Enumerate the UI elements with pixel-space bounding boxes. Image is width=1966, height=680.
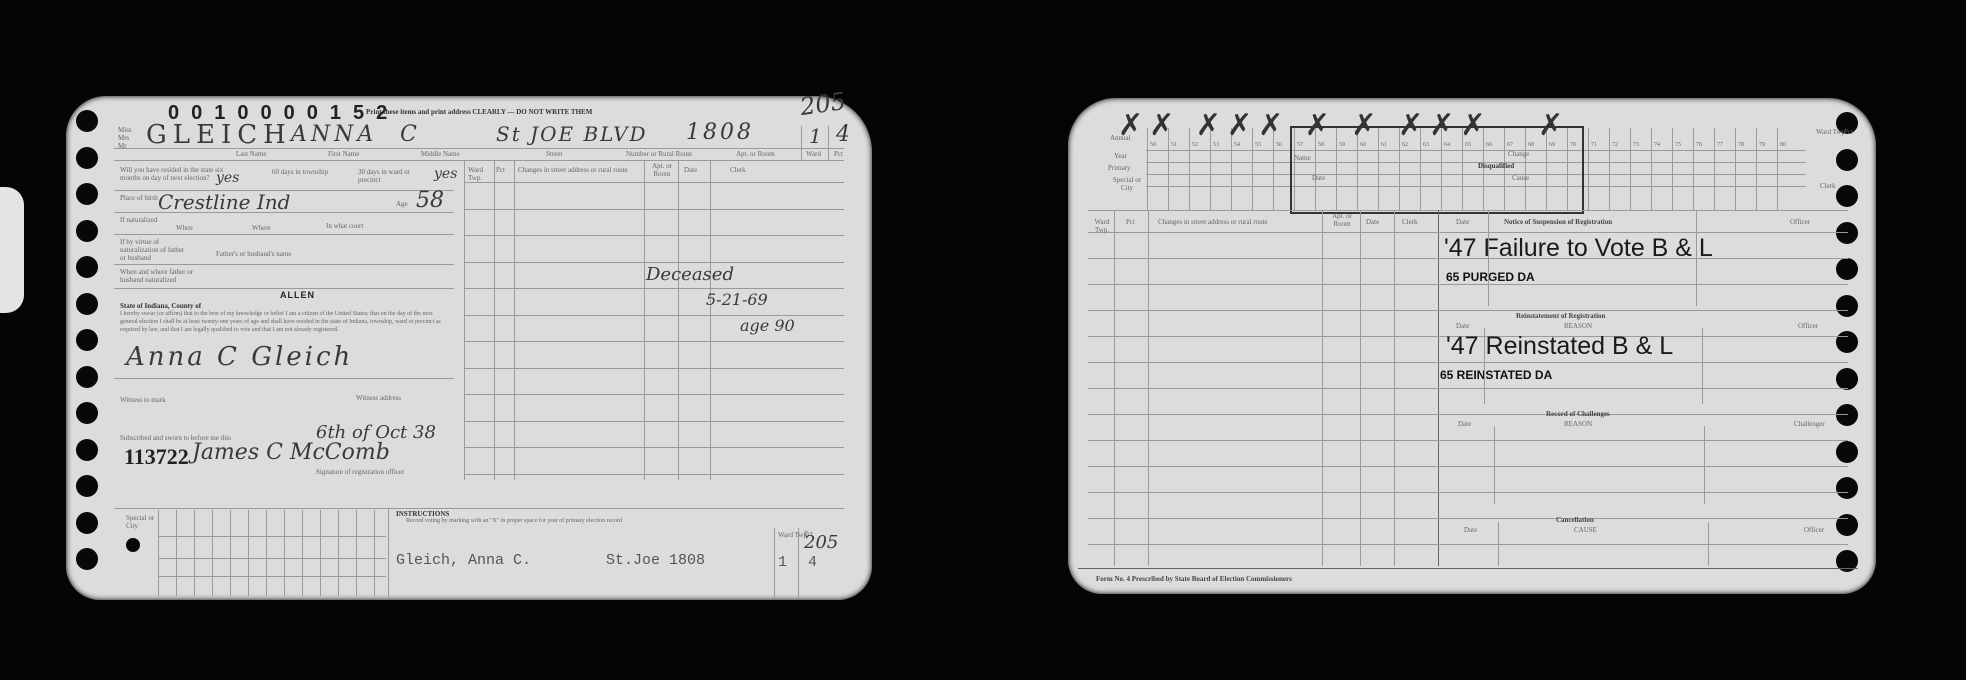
- year-column-label: 73: [1633, 142, 1639, 148]
- table-row-line: [1088, 336, 1438, 337]
- table-row-line: [464, 209, 844, 210]
- table-row-line: [1438, 414, 1848, 415]
- reinstatement-entry-1947: '47 Reinstated B & L: [1446, 332, 1673, 361]
- year-column-label: 71: [1591, 142, 1597, 148]
- table-row-line: [1088, 232, 1438, 233]
- table-row-line: [1088, 388, 1438, 389]
- table-row-line: [464, 235, 844, 236]
- special-label: Special or City: [126, 514, 156, 530]
- table-row-line: [1088, 414, 1438, 415]
- col-apt: Apt. or Room: [648, 162, 676, 178]
- punch-hole: [76, 256, 98, 278]
- vote-marks: ✗✗ ✗✗✗ ✗ ✗ ✗✗✗ ✗: [1118, 108, 1569, 143]
- registration-number: 113722: [124, 444, 189, 470]
- birth-value: Crestline Ind: [158, 190, 290, 214]
- row-label-year: Year: [1114, 152, 1127, 160]
- suspension-col-date: Date: [1456, 218, 1469, 226]
- instructions-text: Record voting by marking with an "X" in …: [406, 518, 622, 524]
- punch-hole: [1836, 404, 1858, 426]
- applicant-signature: Anna C Gleich: [126, 342, 353, 372]
- table-row-line: [464, 474, 844, 475]
- table-row-line: [1438, 492, 1848, 493]
- grid-label-change: Change: [1508, 150, 1529, 158]
- name-underline: [114, 148, 844, 149]
- suspension-title: Notice of Suspension of Registration: [1504, 218, 1612, 226]
- col-pct: Pct: [496, 166, 505, 174]
- footer-name: Gleich, Anna C.: [396, 552, 531, 569]
- form-footer: Form No. 4 Prescribed by State Board of …: [1096, 575, 1292, 583]
- number-value: 1808: [686, 120, 754, 145]
- title-options: MissMrsMr: [118, 126, 132, 150]
- grid-label-name: Name: [1294, 154, 1311, 162]
- col-date: Date: [684, 166, 697, 174]
- punch-hole: [76, 402, 98, 424]
- punch-hole: [76, 183, 98, 205]
- punch-hole: [1836, 295, 1858, 317]
- pct-value: 4: [836, 122, 850, 147]
- col-changes: Changes in street address or rural route: [1158, 218, 1268, 226]
- table-row-line: [1438, 284, 1848, 285]
- registration-card-back: Annual Year Primary Special or City 5051…: [1068, 98, 1876, 594]
- table-row-line: [1438, 544, 1848, 545]
- when-where-label: When and where father or husband natural…: [120, 268, 210, 284]
- table-row-line: [1088, 284, 1438, 285]
- table-row-line: [1438, 362, 1848, 363]
- deceased-note: Deceased: [646, 264, 734, 285]
- ward-value: 1: [809, 124, 822, 148]
- age-value: 58: [416, 188, 444, 213]
- reinstatement-entry-1965: 65 REINSTATED DA: [1440, 368, 1552, 382]
- label-pct: Pct: [834, 150, 843, 158]
- footer-ward-label: Ward Twp: [778, 530, 807, 540]
- where-label: Where: [252, 224, 271, 232]
- corner-number: 205: [798, 87, 847, 121]
- reinstatement-col-reason: REASON: [1564, 322, 1592, 330]
- label-last-name: Last Name: [236, 150, 267, 158]
- witness-label: Witness to mark: [120, 396, 166, 404]
- table-row-line: [1088, 492, 1438, 493]
- punch-hole: [76, 110, 98, 132]
- table-row-line: [464, 262, 844, 263]
- punch-hole: [1836, 514, 1858, 536]
- table-row-line: [1088, 466, 1438, 467]
- label-middle-name: Middle Name: [421, 150, 460, 158]
- punch-hole: [1836, 477, 1858, 499]
- challenges-title: Record of Challenges: [1546, 410, 1610, 418]
- table-row-line: [464, 182, 844, 183]
- table-row-line: [1438, 440, 1848, 441]
- label-first-name: First Name: [328, 150, 359, 158]
- col-apt: Apt. or Room: [1328, 212, 1356, 228]
- cancellation-col-cause: CAUSE: [1574, 526, 1597, 534]
- table-row-line: [1088, 518, 1438, 519]
- col-clerk: Clerk: [1402, 218, 1418, 226]
- table-row-line: [464, 394, 844, 395]
- label-number: Number or Rural Route: [626, 150, 692, 158]
- middle-name-value: C: [400, 122, 417, 147]
- first-name-value: ANNA: [291, 122, 377, 147]
- col-date: Date: [1366, 218, 1379, 226]
- street-value: St JOE BLVD: [496, 122, 648, 146]
- registration-card-front: 0010000152 Print these items and print a…: [66, 96, 872, 600]
- reinstatement-title: Reinstatement of Registration: [1516, 312, 1605, 320]
- table-row-line: [464, 288, 844, 289]
- footer-pct-handwritten: 205: [804, 532, 838, 553]
- year-column-label: 75: [1675, 142, 1681, 148]
- punch-hole: [1836, 258, 1858, 280]
- deceased-date: 5-21-69: [706, 290, 768, 309]
- grid-label-pct: Pct: [1844, 128, 1853, 136]
- grid-label-cause: Cause: [1512, 174, 1529, 182]
- punch-hole: [76, 220, 98, 242]
- court-label: In what court: [326, 222, 363, 230]
- punch-hole: [1836, 185, 1858, 207]
- punch-hole: [76, 548, 98, 570]
- naturalized-label: If naturalized: [120, 216, 158, 224]
- table-row-line: [464, 368, 844, 369]
- residence-question: Will you have resided in the state six m…: [120, 166, 230, 182]
- grid-label-date: Date: [1312, 174, 1325, 182]
- reinstatement-col-date: Date: [1456, 322, 1469, 330]
- row-label-special: Special or City: [1112, 176, 1142, 192]
- table-row-line: [1438, 310, 1848, 311]
- table-row-line: [464, 421, 844, 422]
- witness-address-label: Witness address: [356, 394, 401, 402]
- suspension-entry-1965: 65 PURGED DA: [1446, 270, 1535, 284]
- deceased-age: age 90: [740, 316, 795, 335]
- father-label: Father's or husband's name: [216, 250, 291, 258]
- table-row-line: [464, 447, 844, 448]
- cancellation-col-officer: Officer: [1804, 526, 1824, 534]
- punch-hole: [1836, 149, 1858, 171]
- label-street: Street: [546, 150, 562, 158]
- punch-hole: [76, 293, 98, 315]
- punch-hole-small: [126, 538, 140, 552]
- registrar-signature: James C McComb: [192, 440, 390, 465]
- ward-precinct-answer: yes: [434, 166, 457, 182]
- registrar-label: Signature of registration officer: [316, 468, 404, 476]
- township-label: 60 days in township: [272, 168, 332, 176]
- grid-label-disqualified: Disqualified: [1478, 162, 1514, 170]
- table-row-line: [1438, 388, 1848, 389]
- punch-hole: [76, 366, 98, 388]
- birth-label: Place of birth: [120, 194, 160, 202]
- punch-hole: [76, 329, 98, 351]
- challenges-col-challenger: Challenger: [1794, 420, 1825, 428]
- challenges-col-date: Date: [1458, 420, 1471, 428]
- table-row-line: [1088, 362, 1438, 363]
- grid-label-ward: Ward Twp.: [1816, 128, 1847, 136]
- suspension-entry-1947: '47 Failure to Vote B & L: [1444, 234, 1713, 263]
- table-row-line: [1438, 518, 1848, 519]
- year-column-label: 79: [1759, 142, 1765, 148]
- table-row-line: [1438, 232, 1848, 233]
- instructions-heading: INSTRUCTIONS: [396, 510, 449, 518]
- table-row-line: [1088, 310, 1438, 311]
- suspension-col-officer: Officer: [1790, 218, 1810, 226]
- year-column-label: 74: [1654, 142, 1660, 148]
- punch-hole: [76, 439, 98, 461]
- table-row-line: [1088, 544, 1438, 545]
- col-changes: Changes in street address or rural route: [518, 166, 628, 174]
- ward-precinct-label: 30 days in ward or precinct: [358, 168, 428, 184]
- oath-heading: State of Indiana, County of: [120, 302, 201, 310]
- label-apt: Apt. or Room: [736, 150, 775, 158]
- cancellation-col-date: Date: [1464, 526, 1477, 534]
- year-column-label: 80: [1780, 142, 1786, 148]
- when-label: When: [176, 224, 193, 232]
- age-label: Age: [396, 200, 408, 208]
- footer-ward: 1: [778, 554, 787, 571]
- punch-hole: [1836, 368, 1858, 390]
- header-instruction: Print these items and print address CLEA…: [366, 108, 592, 116]
- year-column-label: 77: [1717, 142, 1723, 148]
- punch-hole: [1836, 441, 1858, 463]
- punch-hole: [76, 512, 98, 534]
- adjacent-card-edge: [0, 187, 24, 313]
- year-column-label: 72: [1612, 142, 1618, 148]
- virtue-label: If by virtue of naturalization of father…: [120, 238, 190, 262]
- row-label-primary: Primary: [1108, 164, 1131, 172]
- county-name: ALLEN: [280, 290, 315, 300]
- label-ward: Ward: [806, 150, 821, 158]
- punch-hole: [76, 475, 98, 497]
- table-row-line: [1438, 466, 1848, 467]
- last-name-value: GLEICH: [146, 120, 292, 150]
- oath-text: I hereby swear (or affirm) that to the b…: [120, 310, 450, 334]
- footer-address: St.Joe 1808: [606, 552, 705, 569]
- punch-hole: [76, 147, 98, 169]
- reinstatement-col-officer: Officer: [1798, 322, 1818, 330]
- table-row-line: [1088, 440, 1438, 441]
- col-pct: Pct: [1126, 218, 1135, 226]
- residence-answer: yes: [216, 170, 239, 186]
- year-column-label: 78: [1738, 142, 1744, 148]
- col-ward: Ward Twp.: [468, 166, 494, 182]
- year-column-label: 76: [1696, 142, 1702, 148]
- col-clerk: Clerk: [730, 166, 746, 174]
- grid-label-clerk: Clerk: [1820, 182, 1836, 190]
- cancellation-title: Cancellation: [1556, 516, 1594, 524]
- challenges-col-reason: REASON: [1564, 420, 1592, 428]
- footer-pct: 4: [808, 554, 817, 571]
- table-row-line: [464, 341, 844, 342]
- table-row-line: [1088, 258, 1438, 259]
- punch-hole: [1836, 331, 1858, 353]
